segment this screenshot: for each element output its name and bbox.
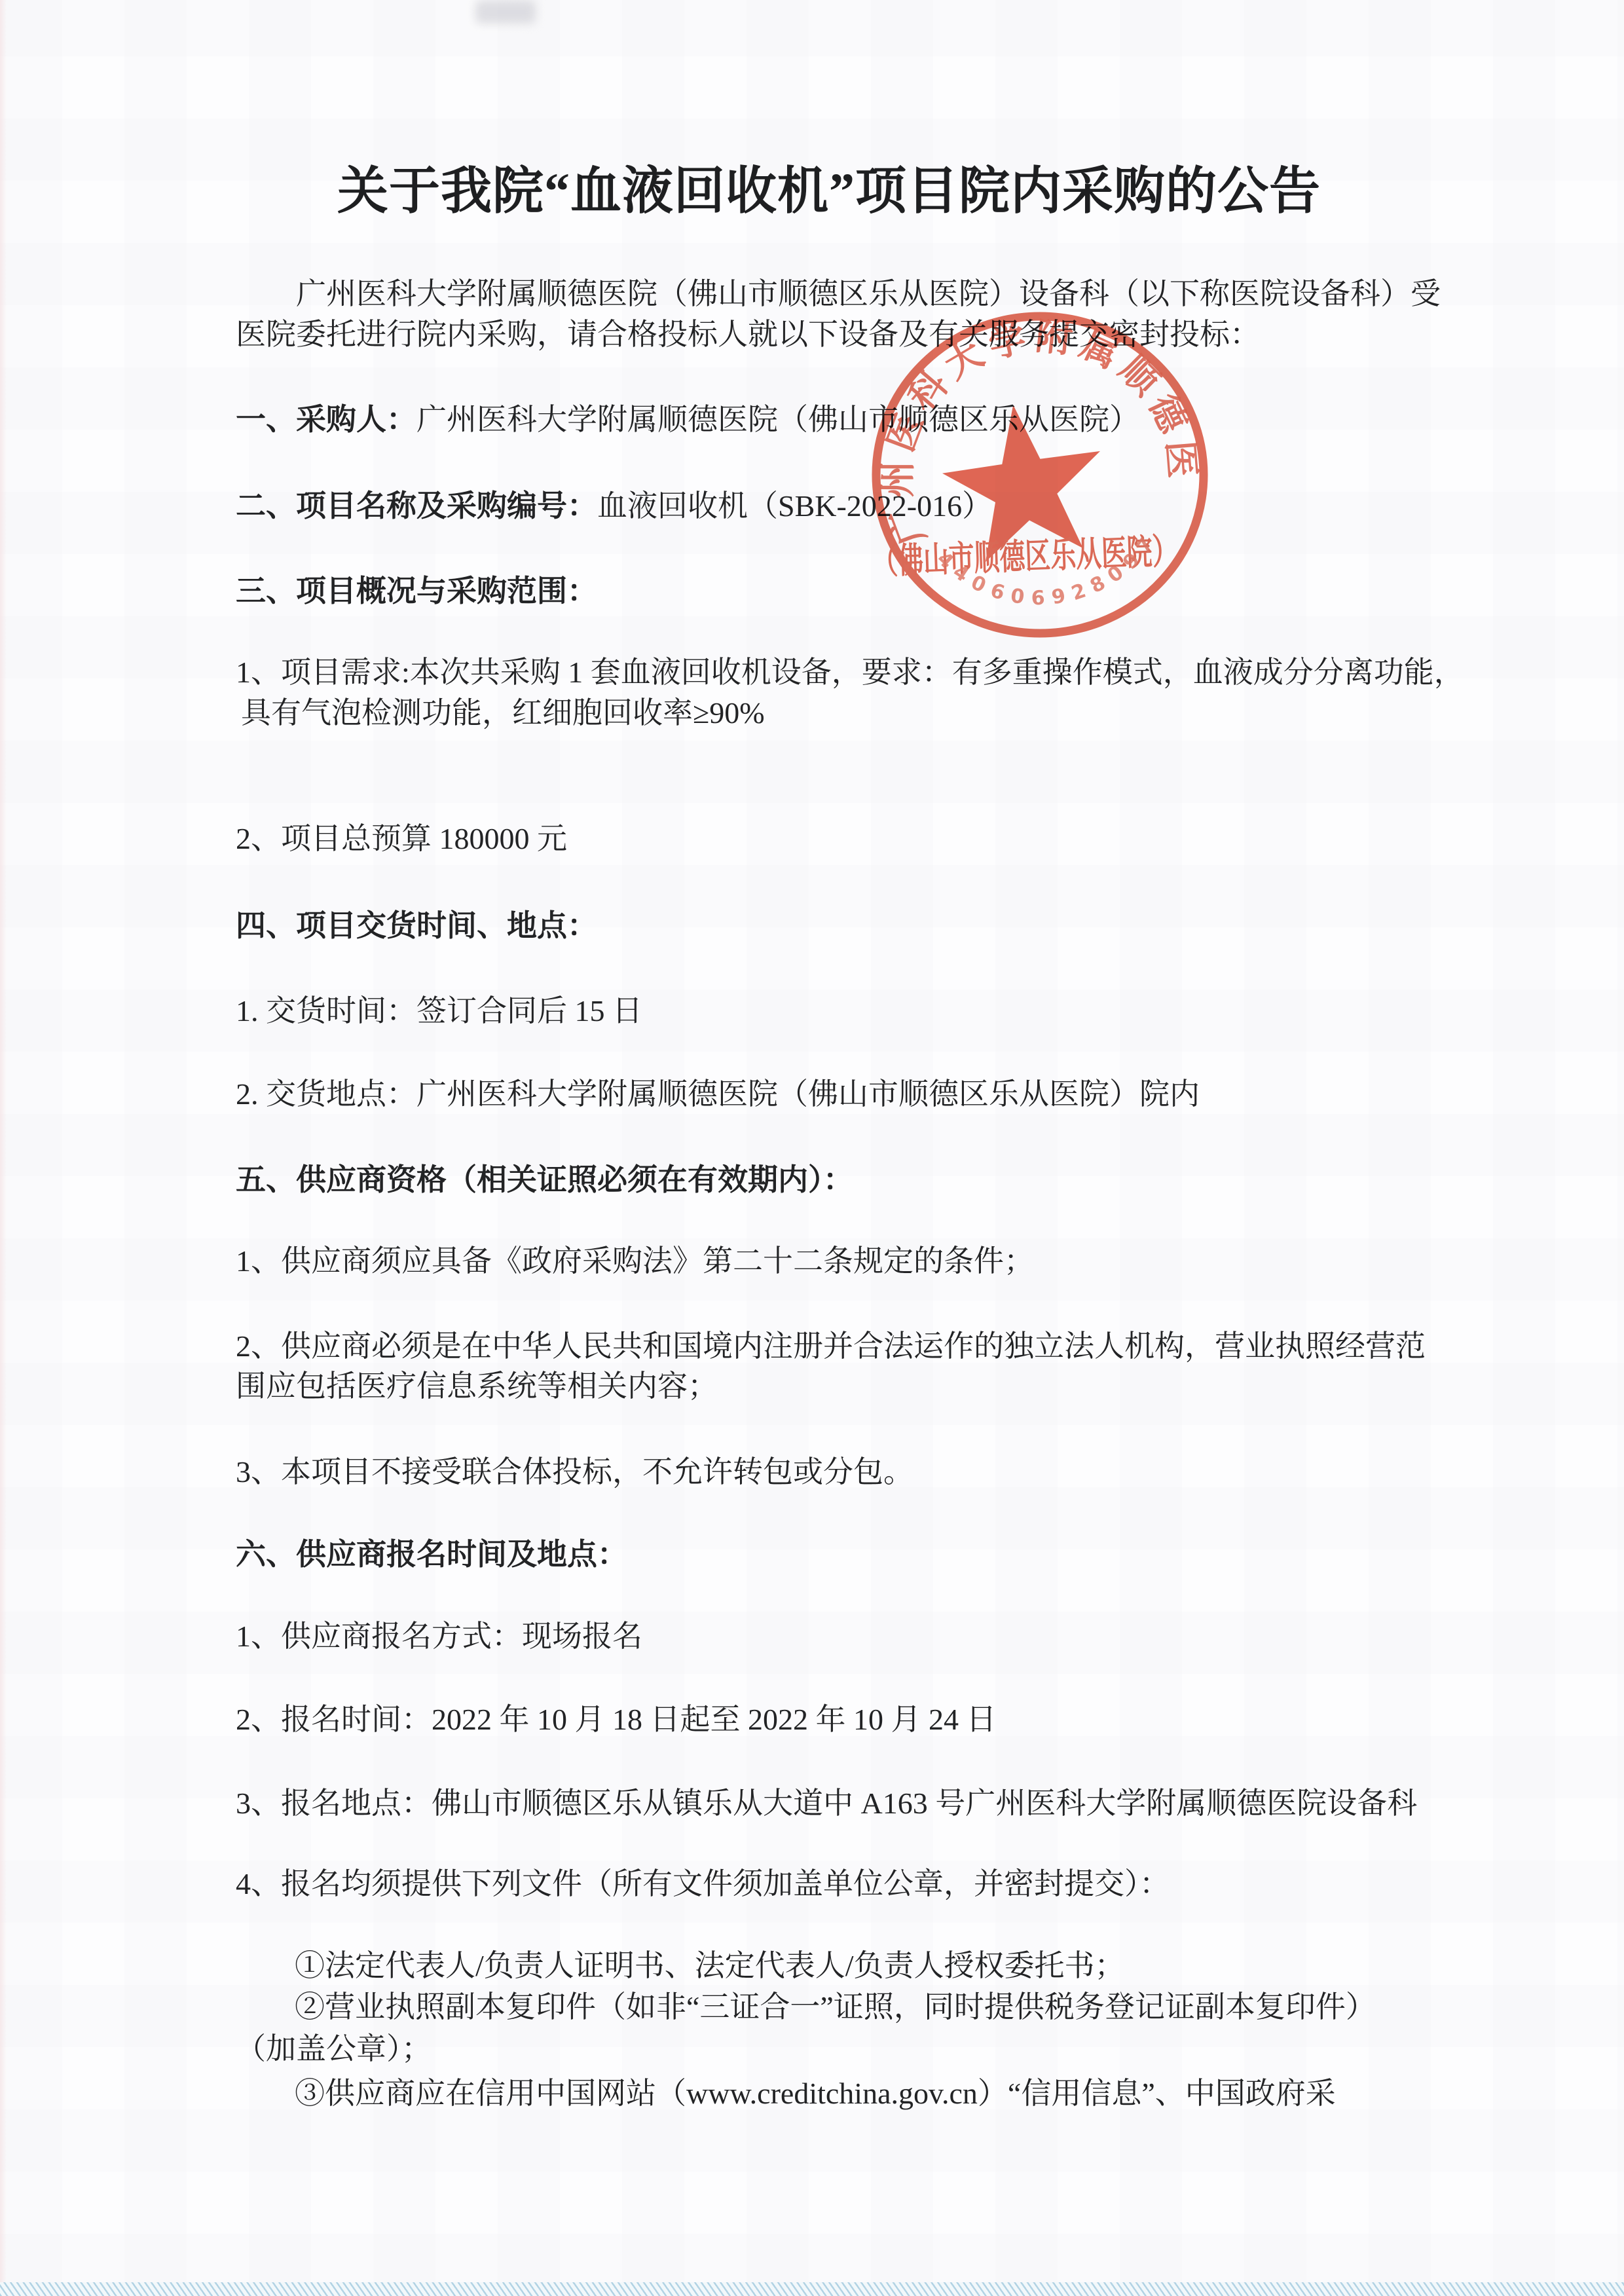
section-4-heading: 四、项目交货时间、地点： — [236, 906, 597, 946]
section-5-item-2-line-1: 2、供应商必须是在中华人民共和国境内注册并合法运作的独立法人机构，营业执照经营范 — [236, 1326, 1426, 1367]
section-6-item-4-sub-2: ②营业执照副本复印件（如非“三证合一”证照，同时提供税务登记证副本复印件） — [295, 1987, 1376, 2028]
scan-top-smudge — [475, 0, 536, 24]
section-6-heading: 六、供应商报名时间及地点： — [236, 1534, 627, 1575]
section-3-heading: 三、项目概况与采购范围： — [236, 571, 597, 612]
section-6-item-3-address: 3、报名地点：佛山市顺德区乐从镇乐从大道中 A163 号广州医科大学附属顺德医院… — [236, 1783, 1417, 1824]
section-5-item-1: 1、供应商须应具备《政府采购法》第二十二条规定的条件； — [236, 1241, 1034, 1282]
section-5-heading: 五、供应商资格（相关证照必须在有效期内）： — [236, 1160, 853, 1200]
section-4-item-2-delivery-place: 2. 交货地点：广州医科大学附属顺德医院（佛山市顺德区乐从医院）院内 — [236, 1074, 1200, 1115]
section-6-item-4-sub-3: ③供应商应在信用中国网站（www.creditchina.gov.cn）“信用信… — [295, 2073, 1336, 2114]
section-6-item-4-sub-1: ①法定代表人/负责人证明书、法定代表人/负责人授权委托书； — [295, 1946, 1125, 1986]
section-6-item-2-time: 2、报名时间：2022 年 10 月 18 日起至 2022 年 10 月 24… — [236, 1699, 997, 1740]
page-title: 关于我院“血液回收机”项目院内采购的公告 — [337, 162, 1321, 220]
section-1-label: 一、采购人： — [236, 403, 416, 436]
section-6-item-4-sub-2-continued: （加盖公章）； — [236, 2029, 432, 2069]
official-seal-stamp: 广州医科大学附属顺德医院 （佛山市顺德区乐从医院） 4406069280974 — [863, 306, 1217, 650]
section-3-item-2-budget: 2、项目总预算 180000 元 — [236, 819, 567, 859]
section-5-item-2-line-2: 围应包括医疗信息系统等相关内容； — [236, 1366, 718, 1407]
section-6-item-1-method: 1、供应商报名方式：现场报名 — [236, 1616, 642, 1657]
section-4-item-1-delivery-time: 1. 交货时间：签订合同后 15 日 — [236, 991, 642, 1031]
section-3-item-1-line-1: 1、项目需求:本次共采购 1 套血液回收机设备，要求：有多重操作模式，血液成分分… — [236, 652, 1464, 693]
scan-bottom-edge-pattern — [0, 2282, 1624, 2296]
section-2-label: 二、项目名称及采购编号： — [236, 489, 597, 523]
scan-left-edge-artifact — [0, 0, 7, 2296]
section-5-item-3: 3、本项目不接受联合体投标，不允许转包或分包。 — [236, 1452, 913, 1492]
section-3-item-1-line-2: 具有气泡检测功能，红细胞回收率≥90% — [241, 693, 765, 733]
section-6-item-4-documents: 4、报名均须提供下列文件（所有文件须加盖单位公章，并密封提交）： — [236, 1864, 1170, 1904]
